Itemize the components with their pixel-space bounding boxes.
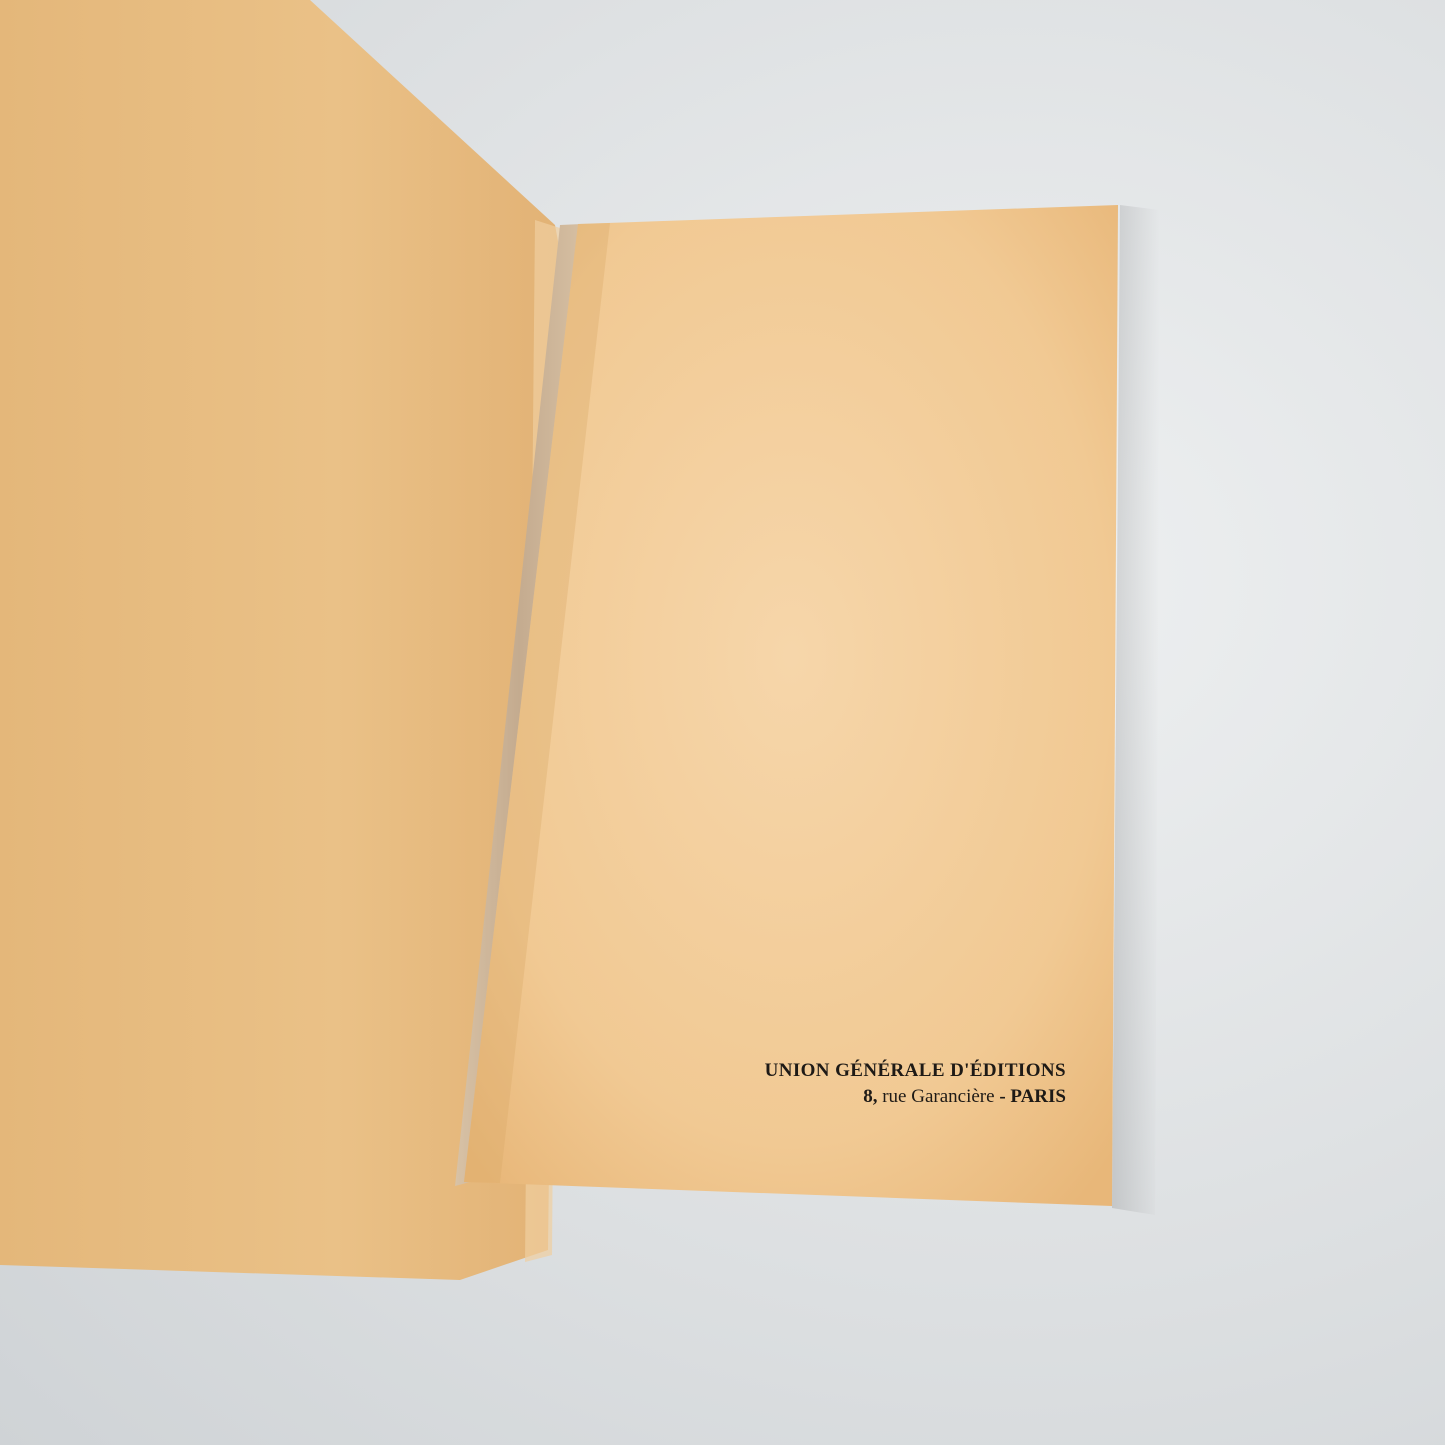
- publisher-address: 8, rue Garancière - PARIS: [740, 1084, 1066, 1110]
- publisher-name: UNION GÉNÉRALE D'ÉDITIONS: [740, 1058, 1066, 1084]
- address-number: 8,: [863, 1086, 877, 1107]
- publisher-imprint: UNION GÉNÉRALE D'ÉDITIONS 8, rue Garanci…: [740, 1058, 1066, 1110]
- address-city: PARIS: [1010, 1086, 1066, 1107]
- photo-scene: UNION GÉNÉRALE D'ÉDITIONS 8, rue Garanci…: [0, 0, 1445, 1445]
- address-street: rue Garancière: [882, 1086, 994, 1107]
- page-shadow: [1112, 205, 1160, 1215]
- book-illustration: [0, 0, 1445, 1445]
- address-separator: -: [999, 1086, 1005, 1107]
